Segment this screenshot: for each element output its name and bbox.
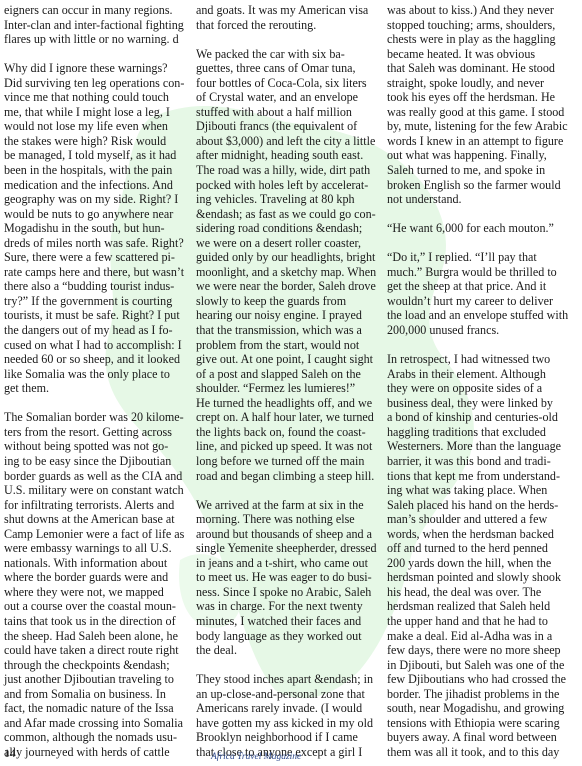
paragraph: Why did I ignore these warnings? Did sur… bbox=[4, 61, 194, 396]
paragraph: We packed the car with six ba- guettes, … bbox=[196, 47, 384, 483]
article-column-2: and goats. It was my American visa that … bbox=[196, 3, 384, 759]
article-column-3: was about to kiss.) And they never stopp… bbox=[387, 3, 579, 759]
paragraph: “Do it,” I replied. “I’ll pay that much.… bbox=[387, 250, 579, 337]
paragraph: We arrived at the farm at six in the mor… bbox=[196, 498, 384, 658]
article-column-1: eigners can occur in many regions. Inter… bbox=[4, 3, 194, 759]
paragraph: The Somalian border was 20 kilome- ters … bbox=[4, 410, 194, 759]
paragraph: “He want 6,000 for each mouton.” bbox=[387, 221, 579, 236]
paragraph: was about to kiss.) And they never stopp… bbox=[387, 3, 579, 207]
magazine-footer: Africa Travel Magazine bbox=[211, 752, 301, 762]
paragraph: and goats. It was my American visa that … bbox=[196, 3, 384, 32]
paragraph: eigners can occur in many regions. Inter… bbox=[4, 3, 194, 47]
paragraph: They stood inches apart &endash; in an u… bbox=[196, 672, 384, 759]
page-number: 14 bbox=[4, 748, 16, 760]
paragraph: In retrospect, I had witnessed two Arabs… bbox=[387, 352, 579, 759]
